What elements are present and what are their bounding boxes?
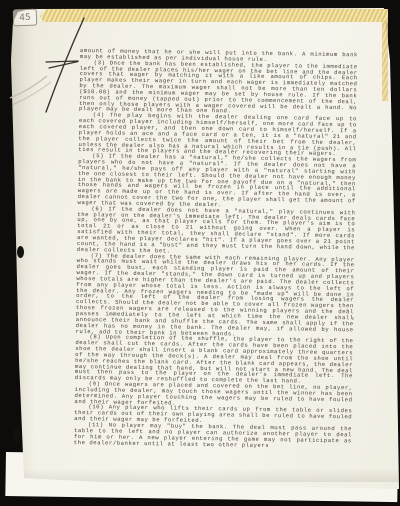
- smudge: [352, 317, 354, 320]
- page-number-box: 45: [13, 9, 38, 27]
- paragraph: (11) No player may "buy" the bank. The d…: [74, 422, 352, 450]
- tape-strip: [40, 9, 388, 22]
- tape-strip-right: [382, 21, 388, 101]
- page-curl-shading: [10, 9, 36, 479]
- edge-notch: [17, 246, 24, 258]
- paragraph: (3) Once the bank has been established, …: [79, 60, 358, 117]
- paragraph: (5) If the dealer has a "natural," he/sh…: [78, 153, 357, 210]
- page-bottom-shadow: [20, 468, 400, 482]
- scan-background: 45 amount of money that he or she will p…: [0, 0, 400, 506]
- edge-notch: [13, 428, 21, 443]
- paragraph: (7) The dealer does the same with each r…: [76, 253, 355, 339]
- paragraph: (4) The play begins with the dealer deal…: [78, 112, 357, 157]
- document-text: amount of money that he or she will put …: [74, 48, 358, 450]
- smudge: [346, 309, 349, 311]
- paragraph: (6) If the dealer does not have a "natur…: [77, 206, 356, 257]
- paragraph: (8) Upon completion of the shuffle, the …: [75, 334, 354, 385]
- page-number: 45: [19, 12, 31, 22]
